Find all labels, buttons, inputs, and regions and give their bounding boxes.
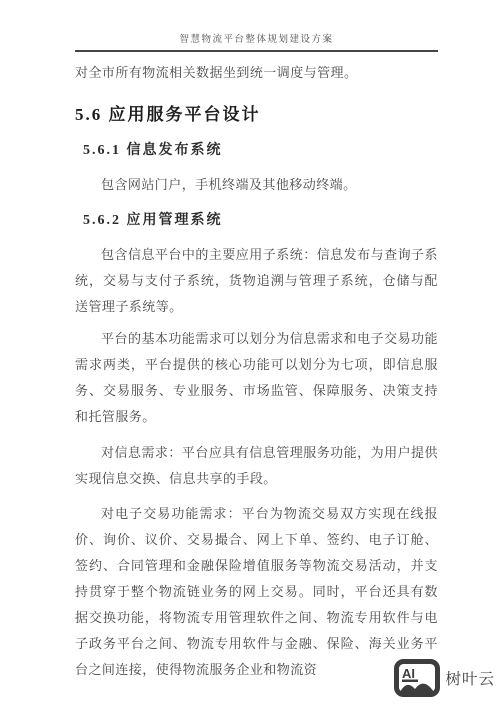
- svg-text:AI: AI: [402, 666, 415, 681]
- section-heading-5-6: 5.6 应用服务平台设计: [75, 104, 438, 126]
- paragraph-5-6-2-etrade-need: 对电子交易功能需求：平台为物流交易双方实现在线报价、询价、议价、交易撮合、网上下…: [75, 501, 438, 683]
- intro-paragraph: 对全市所有物流相关数据坐到统一调度与管理。: [75, 60, 438, 86]
- paragraph-5-6-2-core-functions: 平台的基本功能需求可以划分为信息需求和电子交易功能需求两类，平台提供的核心功能可…: [75, 326, 438, 430]
- watermark: AI 树叶云: [394, 659, 495, 697]
- paragraph-5-6-2-info-need: 对信息需求：平台应具有信息管理服务功能，为用户提供实现信息交换、信息共享的手段。: [75, 440, 438, 492]
- subsection-heading-5-6-1: 5.6.1 信息发布系统: [83, 142, 438, 160]
- running-header-title: 智慧物流平台整体规划建设方案: [179, 35, 333, 45]
- subsection-heading-5-6-2: 5.6.2 应用管理系统: [83, 212, 438, 230]
- paragraph-5-6-2-subsystems: 包含信息平台中的主要应用子系统：信息发布与查询子系统，交易与支付子系统，货物追溯…: [75, 242, 438, 320]
- ai-image-logo-icon: AI: [394, 659, 440, 697]
- document-page: 智慧物流平台整体规划建设方案 对全市所有物流相关数据坐到统一调度与管理。 5.6…: [0, 0, 500, 707]
- watermark-brand-text: 树叶云: [445, 667, 495, 689]
- paragraph-5-6-1: 包含网站门户，手机终端及其他移动终端。: [75, 172, 438, 198]
- running-header: 智慧物流平台整体规划建设方案: [75, 31, 438, 52]
- document-body: 对全市所有物流相关数据坐到统一调度与管理。 5.6 应用服务平台设计 5.6.1…: [75, 60, 438, 683]
